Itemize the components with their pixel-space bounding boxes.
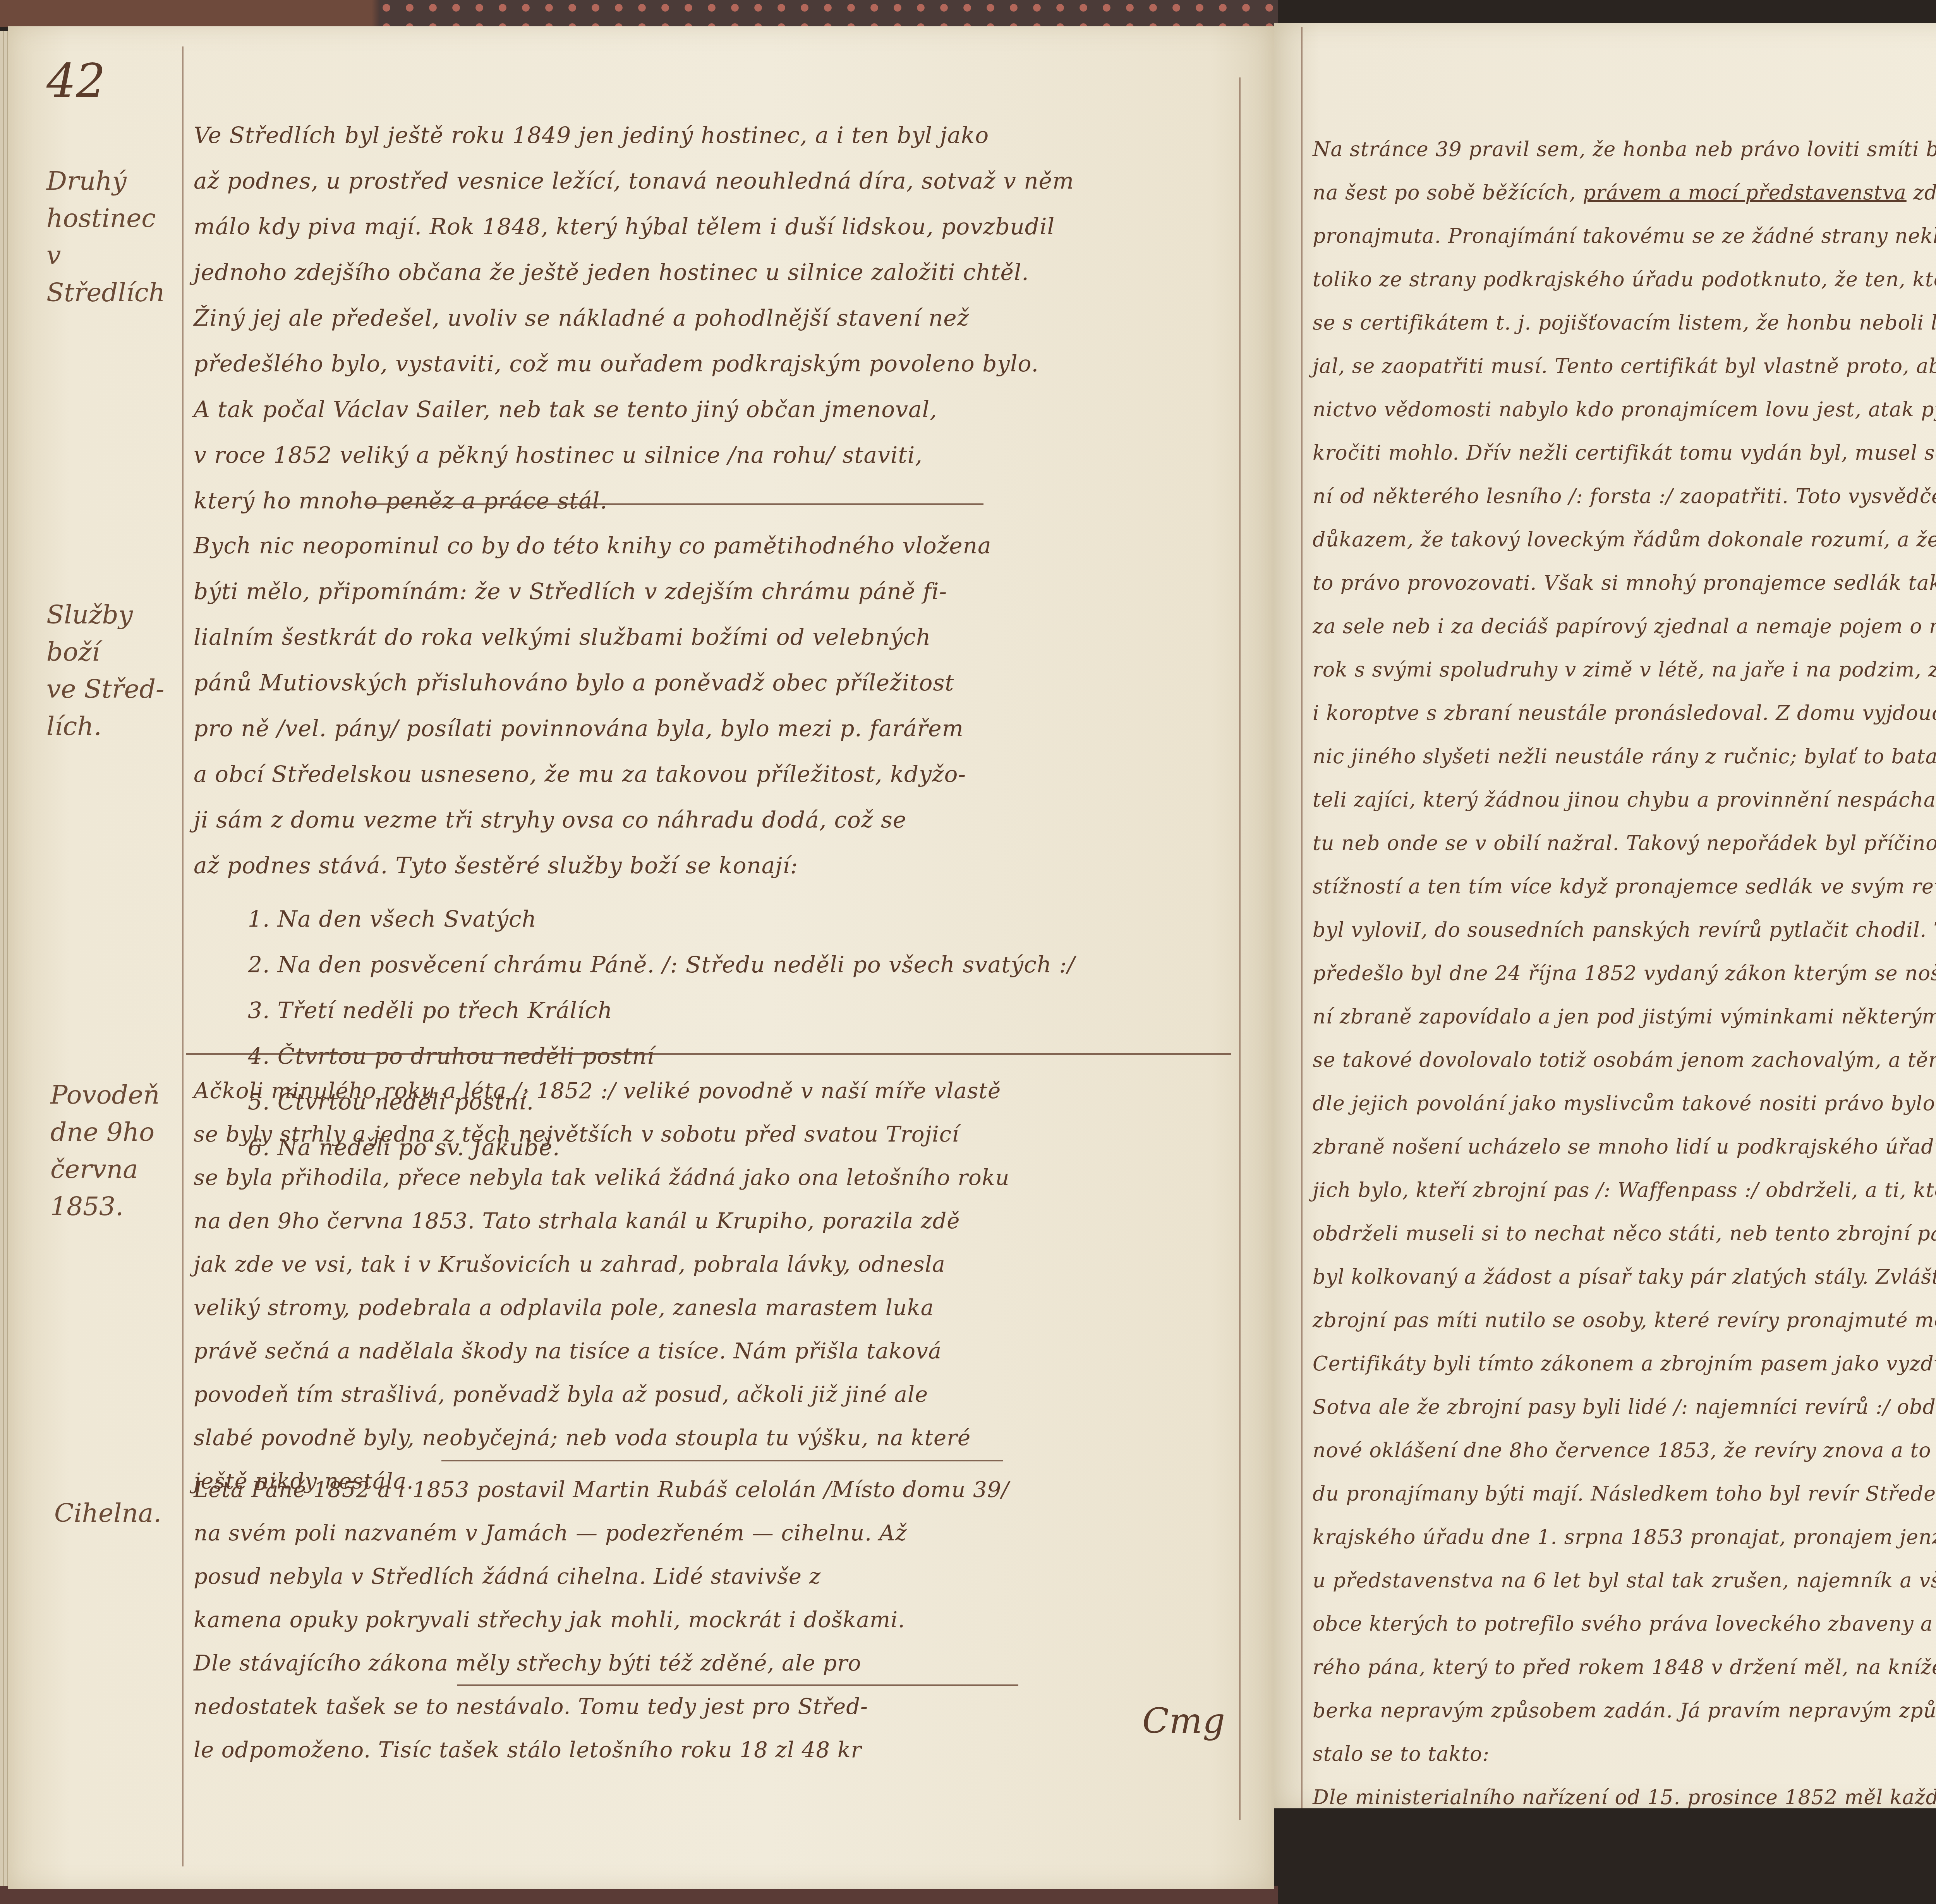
section-divider [457, 1684, 1018, 1686]
text-line: Ve Středlích byl ještě roku 1849 jen jed… [194, 124, 1239, 146]
text-line: veliký stromy, podebrala a odplavila pol… [194, 1297, 1239, 1319]
text-line: teli zajíci, který žádnou jinou chybu a … [1313, 790, 1936, 810]
margin-note-povoden: Povodeň dne 9ho června 1853. [50, 1076, 160, 1225]
text-line: rého pána, který to před rokem 1848 v dr… [1313, 1657, 1936, 1677]
text-line: na svém poli nazvaném v Jamách — podezře… [194, 1523, 1239, 1544]
left-right-rule [1239, 77, 1241, 1820]
text-line: až podnes, u prostřed vesnice ležící, to… [194, 170, 1239, 192]
text-line: jak zde ve vsi, tak i v Krušovicích u za… [194, 1254, 1239, 1276]
margin-note-hostinec: Druhý hostinec v Středlích [46, 163, 165, 311]
section-divider [186, 1053, 1231, 1055]
section-divider [441, 1460, 1003, 1461]
text-line: ji sám z domu vezme tři stryhy ovsa co n… [194, 809, 1239, 831]
text-line: Žiný jej ale předešel, uvoliv se nákladn… [194, 307, 1239, 329]
text-line: nové oklášení dne 8ho července 1853, že … [1313, 1440, 1936, 1461]
text-line: za sele neb i za deciáš papírový zjednal… [1313, 616, 1936, 637]
marbled-cover [379, 0, 1278, 27]
text-line: rok s svými spoludruhy v zimě v létě, na… [1313, 660, 1936, 680]
text-line: zbraně nošení ucházelo se mnoho lidí u p… [1313, 1137, 1936, 1157]
text-line: důkazem, že takový loveckým řádům dokona… [1313, 530, 1936, 550]
text-line: povodeň tím strašlivá, poněvadž byla až … [194, 1384, 1239, 1406]
text-line: Na stránce 39 pravil sem, že honba neb p… [1313, 139, 1936, 160]
text-line: to právo provozovati. Však si mnohý pron… [1313, 573, 1936, 593]
margin-note-cihelna: Cihelna. [54, 1495, 161, 1532]
text-line: i koroptve s zbraní neustále pronásledov… [1313, 703, 1936, 723]
text-line: lialním šestkrát do roka velkými službam… [194, 626, 1239, 648]
text-line: Léta Páně 1852 a i 1853 postavil Martin … [194, 1479, 1239, 1501]
text-line: málo kdy piva mají. Rok 1848, který hýba… [194, 215, 1239, 238]
page-number-left: 42 [46, 54, 106, 108]
text-line: předešlého bylo, vystaviti, což mu ouřad… [194, 352, 1239, 375]
text-line: Dle stávajícího zákona měly střechy býti… [194, 1653, 1239, 1674]
text-line: nictvo vědomosti nabylo kdo pronajmícem … [1313, 400, 1936, 420]
text-line: berka nepravým způsobem zadán. Já pravím… [1313, 1701, 1936, 1721]
list-item: 3. Třetí neděli po třech Králích [248, 999, 1216, 1022]
text-line: le odpomoženo. Tisíc tašek stálo letošní… [194, 1739, 1239, 1761]
text-line: se s certifikátem t. j. pojišťovacím lis… [1313, 313, 1936, 333]
text-line: pánů Mutiovských přisluhováno bylo a pon… [194, 671, 1239, 694]
text-line: A tak počal Václav Sailer, neb tak se te… [194, 398, 1239, 421]
text-line: byl vyloviI, do sousedních panských reví… [1313, 920, 1936, 940]
text-line: stížností a ten tím více když pronajemce… [1313, 877, 1936, 897]
text-line: až podnes stává. Tyto šestěré služby bož… [194, 854, 1239, 877]
text-line: nic jiného slyšeti nežli neustále rány z… [1313, 747, 1936, 767]
left-margin-rule [182, 46, 184, 1866]
text-line: ní zbraně zapovídalo a jen pod jistými v… [1313, 1007, 1936, 1027]
text-line: byl kolkovaný a žádost a písař taky pár … [1313, 1267, 1936, 1287]
text-line: pro ně /vel. pány/ posílati povinnována … [194, 717, 1239, 740]
text-line: se takové dovolovalo totiž osobám jenom … [1313, 1050, 1936, 1070]
text-line: jednoho zdejšího občana že ještě jeden h… [194, 261, 1239, 283]
text-line: du pronajímany býti mají. Následkem toho… [1313, 1484, 1936, 1504]
list-item: 1. Na den všech Svatých [248, 908, 1216, 930]
text-line: Ačkoli minulého roku a léta /: 1852 :/ v… [194, 1080, 1239, 1102]
underlined-phrase: právem a mocí představenstva [1583, 181, 1907, 204]
text-line: na šest po sobě běžících, právem a mocí … [1313, 183, 1936, 203]
text-line: na den 9ho června 1853. Tato strhala kan… [194, 1210, 1239, 1232]
list-item: 2. Na den posvěcení chrámu Páně. /: Stře… [248, 953, 1216, 976]
text-line: u představenstva na 6 let byl stal tak z… [1313, 1571, 1936, 1591]
book-cover-top [0, 0, 1278, 27]
signature: Cmg [1142, 1704, 1225, 1739]
text-line: slabé povodně byly, neobyčejná; neb voda… [194, 1427, 1239, 1449]
text-line: Sotva ale že zbrojní pasy byli lidé /: n… [1313, 1397, 1936, 1417]
text-line: právě sečná a nadělala škody na tisíce a… [194, 1341, 1239, 1362]
text-line: nedostatek tašek se to nestávalo. Tomu t… [194, 1696, 1239, 1718]
right-left-rule [1301, 27, 1303, 1808]
text-line: který ho mnoho peněz a práce stál. [194, 489, 1239, 512]
section-divider [364, 503, 983, 505]
text-line: předešlo byl dne 24 října 1852 vydaný zá… [1313, 963, 1936, 984]
text-line: pronajmuta. Pronajímání takovému se ze ž… [1313, 226, 1936, 246]
text-line: se byla přihodila, přece nebyla tak veli… [194, 1167, 1239, 1189]
margin-note-sluzby: Služby boží ve Střed- lích. [46, 596, 164, 745]
text-line: obce kterých to potrefilo svého práva lo… [1313, 1614, 1936, 1634]
text-line: krajského úřadu dne 1. srpna 1853 pronaj… [1313, 1527, 1936, 1547]
text-line: jich bylo, kteří zbrojní pas /: Waffenpa… [1313, 1180, 1936, 1200]
text-line: býti mělo, připomínám: že v Středlích v … [194, 580, 1239, 603]
text-line: stalo se to takto: [1313, 1744, 1936, 1764]
text-line: obdrželi museli si to nechat něco státi,… [1313, 1224, 1936, 1244]
text-line: v roce 1852 veliký a pěkný hostinec u si… [194, 444, 1239, 466]
text-line: se byly strhly a jedna z těch největších… [194, 1124, 1239, 1145]
text-line: tu neb onde se v obilí nažral. Takový ne… [1313, 833, 1936, 853]
text-line: tolikо ze strany podkrajského úřadu podo… [1313, 270, 1936, 290]
text-line: Dle ministerialního nařízení od 15. pros… [1313, 1787, 1936, 1808]
text-line: Bych nic neopominul co by do této knihy … [194, 534, 1239, 557]
text-line: dle jejich povolání jako myslivcům takov… [1313, 1094, 1936, 1114]
text-line: Certifikáty byli tímto zákonem a zbrojní… [1313, 1354, 1936, 1374]
text-line: ní od některého lesního /: forsta :/ zao… [1313, 486, 1936, 506]
text-line: kročiti mohlo. Dřív nežli certifikát tom… [1313, 443, 1936, 463]
text-line: posud nebyla v Středlích žádná cihelna. … [194, 1566, 1239, 1588]
text-line: kamena opuky pokryvali střechy jak mohli… [194, 1609, 1239, 1631]
list-item: 4. Čtvrtou po druhou neděli postní [248, 1045, 1216, 1067]
text-line: zbrojní pas míti nutilo se osoby, které … [1313, 1310, 1936, 1331]
text-line: a obcí Středelskou usneseno, že mu za ta… [194, 763, 1239, 785]
text-line: jal, se zaopatřiti musí. Tento certifiká… [1313, 356, 1936, 376]
